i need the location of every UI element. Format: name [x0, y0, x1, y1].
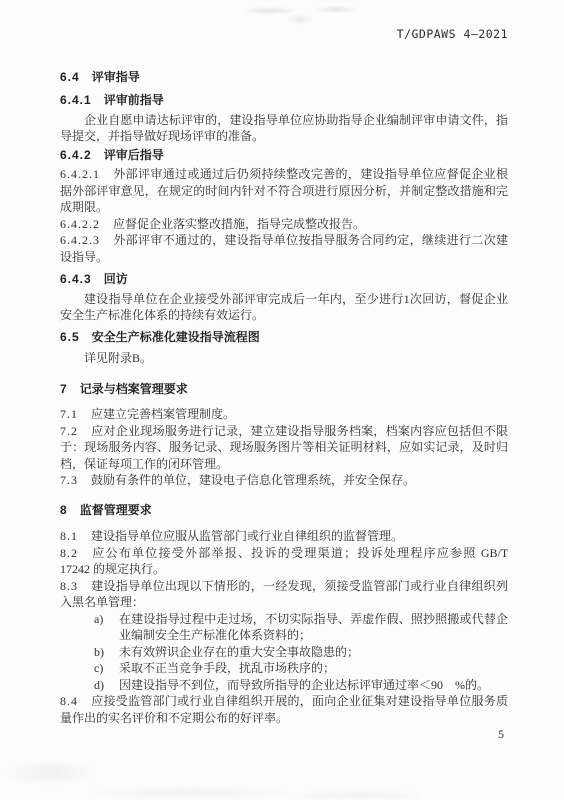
clause-number: 7.3	[60, 473, 78, 487]
clause-text: 应公布单位接受外部举报、投诉的受理渠道；投诉处理程序应参照 GB/T 17242…	[60, 546, 520, 577]
heading-6-4-2: 6.4.2评审后指导	[60, 147, 508, 164]
paragraph-6-4-1: 企业自愿申请达标评审的，建设指导单位应协助指导企业编制评审申请文件，指导提交，并…	[60, 112, 508, 145]
standard-code-header: T/GDPAWS 4—2021	[60, 26, 508, 43]
clause-7-3: 7.3鼓励有条件的单位，建设电子信息化管理系统，并安全保存。	[60, 472, 508, 489]
clause-group-6-4-2: 6.4.2.1外部评审通过或通过后仍须持续整改完善的，建设指导单位应督促企业根据…	[60, 166, 508, 265]
heading-title: 评审指导	[92, 70, 140, 84]
list-item-text: 未有效辨识企业存在的重大安全事故隐患的；	[119, 644, 508, 661]
heading-number: 6.4.1	[60, 93, 92, 107]
scan-artifact-bottom	[0, 755, 420, 800]
clause-8-4: 8.4应接受监管部门或行业自律组织开展的，面向企业征集对建设指导单位服务质量作出…	[60, 693, 508, 726]
clause-7-1: 7.1应建立完善档案管理制度。	[60, 406, 508, 423]
scan-artifact-top	[240, 4, 360, 26]
clause-number: 6.4.2.3	[60, 233, 100, 247]
heading-number: 6.4.2	[60, 148, 92, 162]
clause-6-4-2-1: 6.4.2.1外部评审通过或通过后仍须持续整改完善的，建设指导单位应督促企业根据…	[60, 166, 508, 216]
page-number: 5	[498, 726, 504, 743]
clause-number: 8.2	[60, 546, 78, 560]
clause-number: 7.1	[60, 407, 78, 421]
list-item-label: c)	[94, 660, 119, 677]
clause-7-2: 7.2应对企业现场服务进行记录，建立建设指导服务档案，档案内容应包括但不限于：现…	[60, 423, 508, 473]
clause-number: 6.4.2.1	[60, 167, 100, 181]
heading-title: 回访	[104, 272, 128, 286]
clause-group-8: 8.1建设指导单位应服从监管部门或行业自律组织的监督管理。 8.2应公布单位接受…	[60, 528, 508, 726]
document-page: T/GDPAWS 4—2021 6.4评审指导 6.4.1评审前指导 企业自愿申…	[0, 0, 564, 800]
clause-number: 8.1	[60, 529, 78, 543]
clause-text: 外部评审通过或通过后仍须持续整改完善的，建设指导单位应督促企业根据外部评审意见，…	[60, 167, 508, 214]
heading-6-4: 6.4评审指导	[60, 69, 508, 86]
heading-title: 记录与档案管理要求	[80, 382, 188, 396]
heading-8: 8监督管理要求	[60, 502, 508, 519]
heading-6-5: 6.5安全生产标准化建设指导流程图	[60, 329, 508, 346]
clause-text: 应对企业现场服务进行记录，建立建设指导服务档案，档案内容应包括但不限于：现场服务…	[60, 424, 508, 471]
page-content: T/GDPAWS 4—2021 6.4评审指导 6.4.1评审前指导 企业自愿申…	[0, 26, 564, 726]
list-item-d: d) 因建设指导不到位，而导致所指导的企业达标评审通过率＜90 %的。	[60, 677, 508, 694]
clause-text: 应接受监管部门或行业自律组织开展的，面向企业征集对建设指导单位服务质量作出的实名…	[60, 694, 508, 725]
clause-text: 建设指导单位出现以下情形的，一经发现，须接受监管部门或行业自律组织列入黑名单管理…	[60, 579, 508, 610]
clause-8-3: 8.3建设指导单位出现以下情形的，一经发现，须接受监管部门或行业自律组织列入黑名…	[60, 578, 508, 611]
list-item-text: 采取不正当竞争手段，扰乱市场秩序的；	[119, 660, 508, 677]
list-item-text: 因建设指导不到位，而导致所指导的企业达标评审通过率＜90 %的。	[119, 677, 508, 694]
clause-6-4-2-3: 6.4.2.3外部评审不通过的，建设指导单位按指导服务合同约定，继续进行二次建设…	[60, 232, 508, 265]
list-item-b: b) 未有效辨识企业存在的重大安全事故隐患的；	[60, 644, 508, 661]
list-item-label: b)	[94, 644, 119, 661]
clause-text: 应督促企业落实整改措施，指导完成整改报告。	[113, 217, 365, 231]
clause-text: 外部评审不通过的，建设指导单位按指导服务合同约定，继续进行二次建设指导。	[60, 233, 508, 264]
list-item-text: 在建设指导过程中走过场，不切实际指导、弄虚作假、照抄照搬或代替企业编制安全生产标…	[119, 611, 508, 644]
list-item-c: c) 采取不正当竞争手段，扰乱市场秩序的；	[60, 660, 508, 677]
heading-number: 8	[60, 503, 68, 517]
heading-title: 评审后指导	[104, 148, 164, 162]
clause-number: 6.4.2.2	[60, 217, 100, 231]
paragraph-6-5: 详见附录B。	[60, 350, 508, 367]
heading-number: 7	[60, 382, 68, 396]
clause-number: 8.4	[60, 694, 78, 708]
list-item-label: a)	[94, 611, 119, 644]
heading-title: 监督管理要求	[80, 503, 152, 517]
clause-number: 7.2	[60, 424, 78, 438]
clause-6-4-2-2: 6.4.2.2应督促企业落实整改措施，指导完成整改报告。	[60, 216, 508, 233]
heading-6-4-3: 6.4.3回访	[60, 271, 508, 288]
heading-title: 安全生产标准化建设指导流程图	[92, 330, 260, 344]
clause-8-1: 8.1建设指导单位应服从监管部门或行业自律组织的监督管理。	[60, 528, 508, 545]
clause-text: 应建立完善档案管理制度。	[91, 407, 235, 421]
heading-title: 评审前指导	[104, 93, 164, 107]
heading-6-4-1: 6.4.1评审前指导	[60, 92, 508, 109]
heading-number: 6.4	[60, 70, 80, 84]
clause-text: 鼓励有条件的单位，建设电子信息化管理系统，并安全保存。	[91, 473, 415, 487]
heading-number: 6.5	[60, 330, 80, 344]
list-item-a: a) 在建设指导过程中走过场，不切实际指导、弄虚作假、照抄照搬或代替企业编制安全…	[60, 611, 508, 644]
list-item-label: d)	[94, 677, 119, 694]
clause-number: 8.3	[60, 579, 78, 593]
clause-8-2: 8.2应公布单位接受外部举报、投诉的受理渠道；投诉处理程序应参照 GB/T 17…	[60, 545, 508, 578]
clause-text: 建设指导单位应服从监管部门或行业自律组织的监督管理。	[91, 529, 403, 543]
heading-7: 7记录与档案管理要求	[60, 381, 508, 398]
heading-number: 6.4.3	[60, 272, 92, 286]
paragraph-6-4-3: 建设指导单位在企业接受外部评审完成后一年内，至少进行1次回访，督促企业安全生产标…	[60, 291, 508, 324]
clause-group-7: 7.1应建立完善档案管理制度。 7.2应对企业现场服务进行记录，建立建设指导服务…	[60, 406, 508, 489]
